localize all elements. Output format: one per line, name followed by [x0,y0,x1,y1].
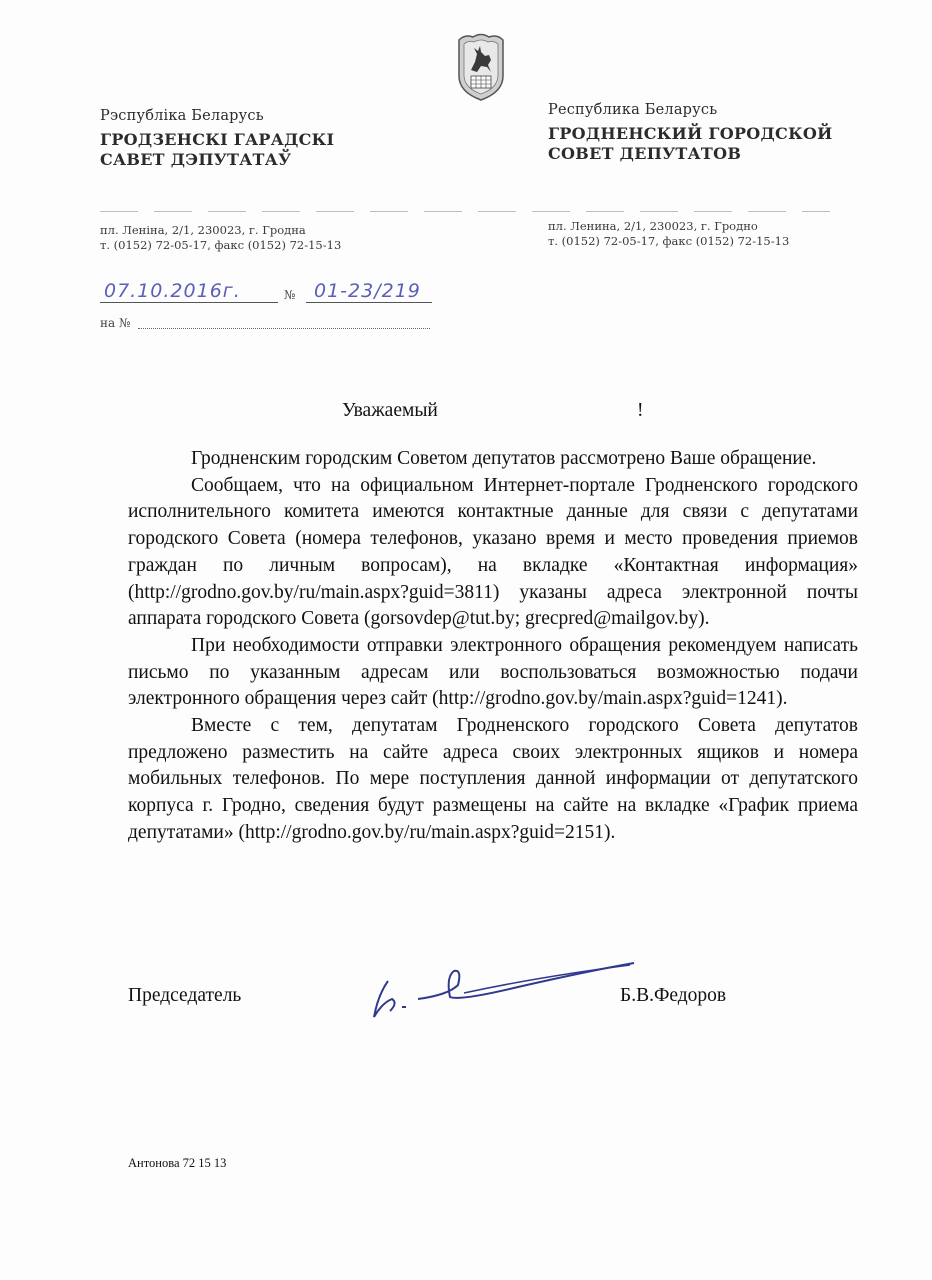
letterhead-divider [100,211,830,212]
paragraph: При необходимости отправки электронного … [128,633,858,713]
org-name-ru-line1: ГРОДНЕНСКИЙ ГОРОДСКОЙ [548,124,833,144]
org-name-be-line2: САВЕТ ДЭПУТАТАЎ [100,150,334,170]
signatory-role: Председатель [128,985,241,1007]
greeting-exclamation: ! [637,398,644,425]
signature-block: Председатель Б.В.Федоров [128,985,858,1015]
address-be: пл. Леніна, 2/1, 230023, г. Гродна [100,223,341,238]
address-block-be: пл. Леніна, 2/1, 230023, г. Гродна т. (0… [100,223,341,253]
org-name-ru-line2: СОВЕТ ДЕПУТАТОВ [548,144,833,164]
republic-name-be: Рэспубліка Беларусь [100,108,334,124]
paragraph: Гродненским городским Советом депутатов … [128,446,858,473]
registration-number: 01-23/219 [314,280,421,302]
registration-line: 07.10.2016г. № 01-23/219 [100,282,432,304]
coat-of-arms-icon [455,32,507,102]
letterhead-right: Республика Беларусь ГРОДНЕНСКИЙ ГОРОДСКО… [548,102,833,164]
org-name-be: ГРОДЗЕНСКІ ГАРАДСКІ САВЕТ ДЭПУТАТАЎ [100,130,334,170]
reply-to-line: на № [100,316,432,330]
address-ru: пл. Ленина, 2/1, 230023, г. Гродно [548,219,789,234]
letterhead-left: Рэспубліка Беларусь ГРОДЗЕНСКІ ГАРАДСКІ … [100,108,334,170]
org-name-be-line1: ГРОДЗЕНСКІ ГАРАДСКІ [100,130,334,150]
greeting: Уважаемый ! [128,398,858,424]
letter-page: Рэспубліка Беларусь ГРОДЗЕНСКІ ГАРАДСКІ … [0,0,932,1280]
letter-body: Уважаемый ! Гродненским городским Совето… [128,398,858,847]
number-underline [306,302,432,303]
number-label: № [284,288,295,302]
reply-to-underline [138,328,430,329]
phones-ru: т. (0152) 72-05-17, факс (0152) 72-15-13 [548,234,789,249]
greeting-word: Уважаемый [342,398,438,425]
registration-date: 07.10.2016г. [104,280,241,302]
paragraph: Вместе с тем, депутатам Гродненского гор… [128,713,858,847]
republic-name-ru: Республика Беларусь [548,102,833,118]
signatory-name: Б.В.Федоров [620,985,726,1007]
address-block-ru: пл. Ленина, 2/1, 230023, г. Гродно т. (0… [548,219,789,249]
reply-to-label: на № [100,316,130,330]
paragraph: Сообщаем, что на официальном Интернет-по… [128,473,858,633]
executor-note: Антонова 72 15 13 [128,1156,226,1171]
date-underline [100,302,278,303]
phones-be: т. (0152) 72-05-17, факс (0152) 72-15-13 [100,238,341,253]
org-name-ru: ГРОДНЕНСКИЙ ГОРОДСКОЙ СОВЕТ ДЕПУТАТОВ [548,124,833,164]
